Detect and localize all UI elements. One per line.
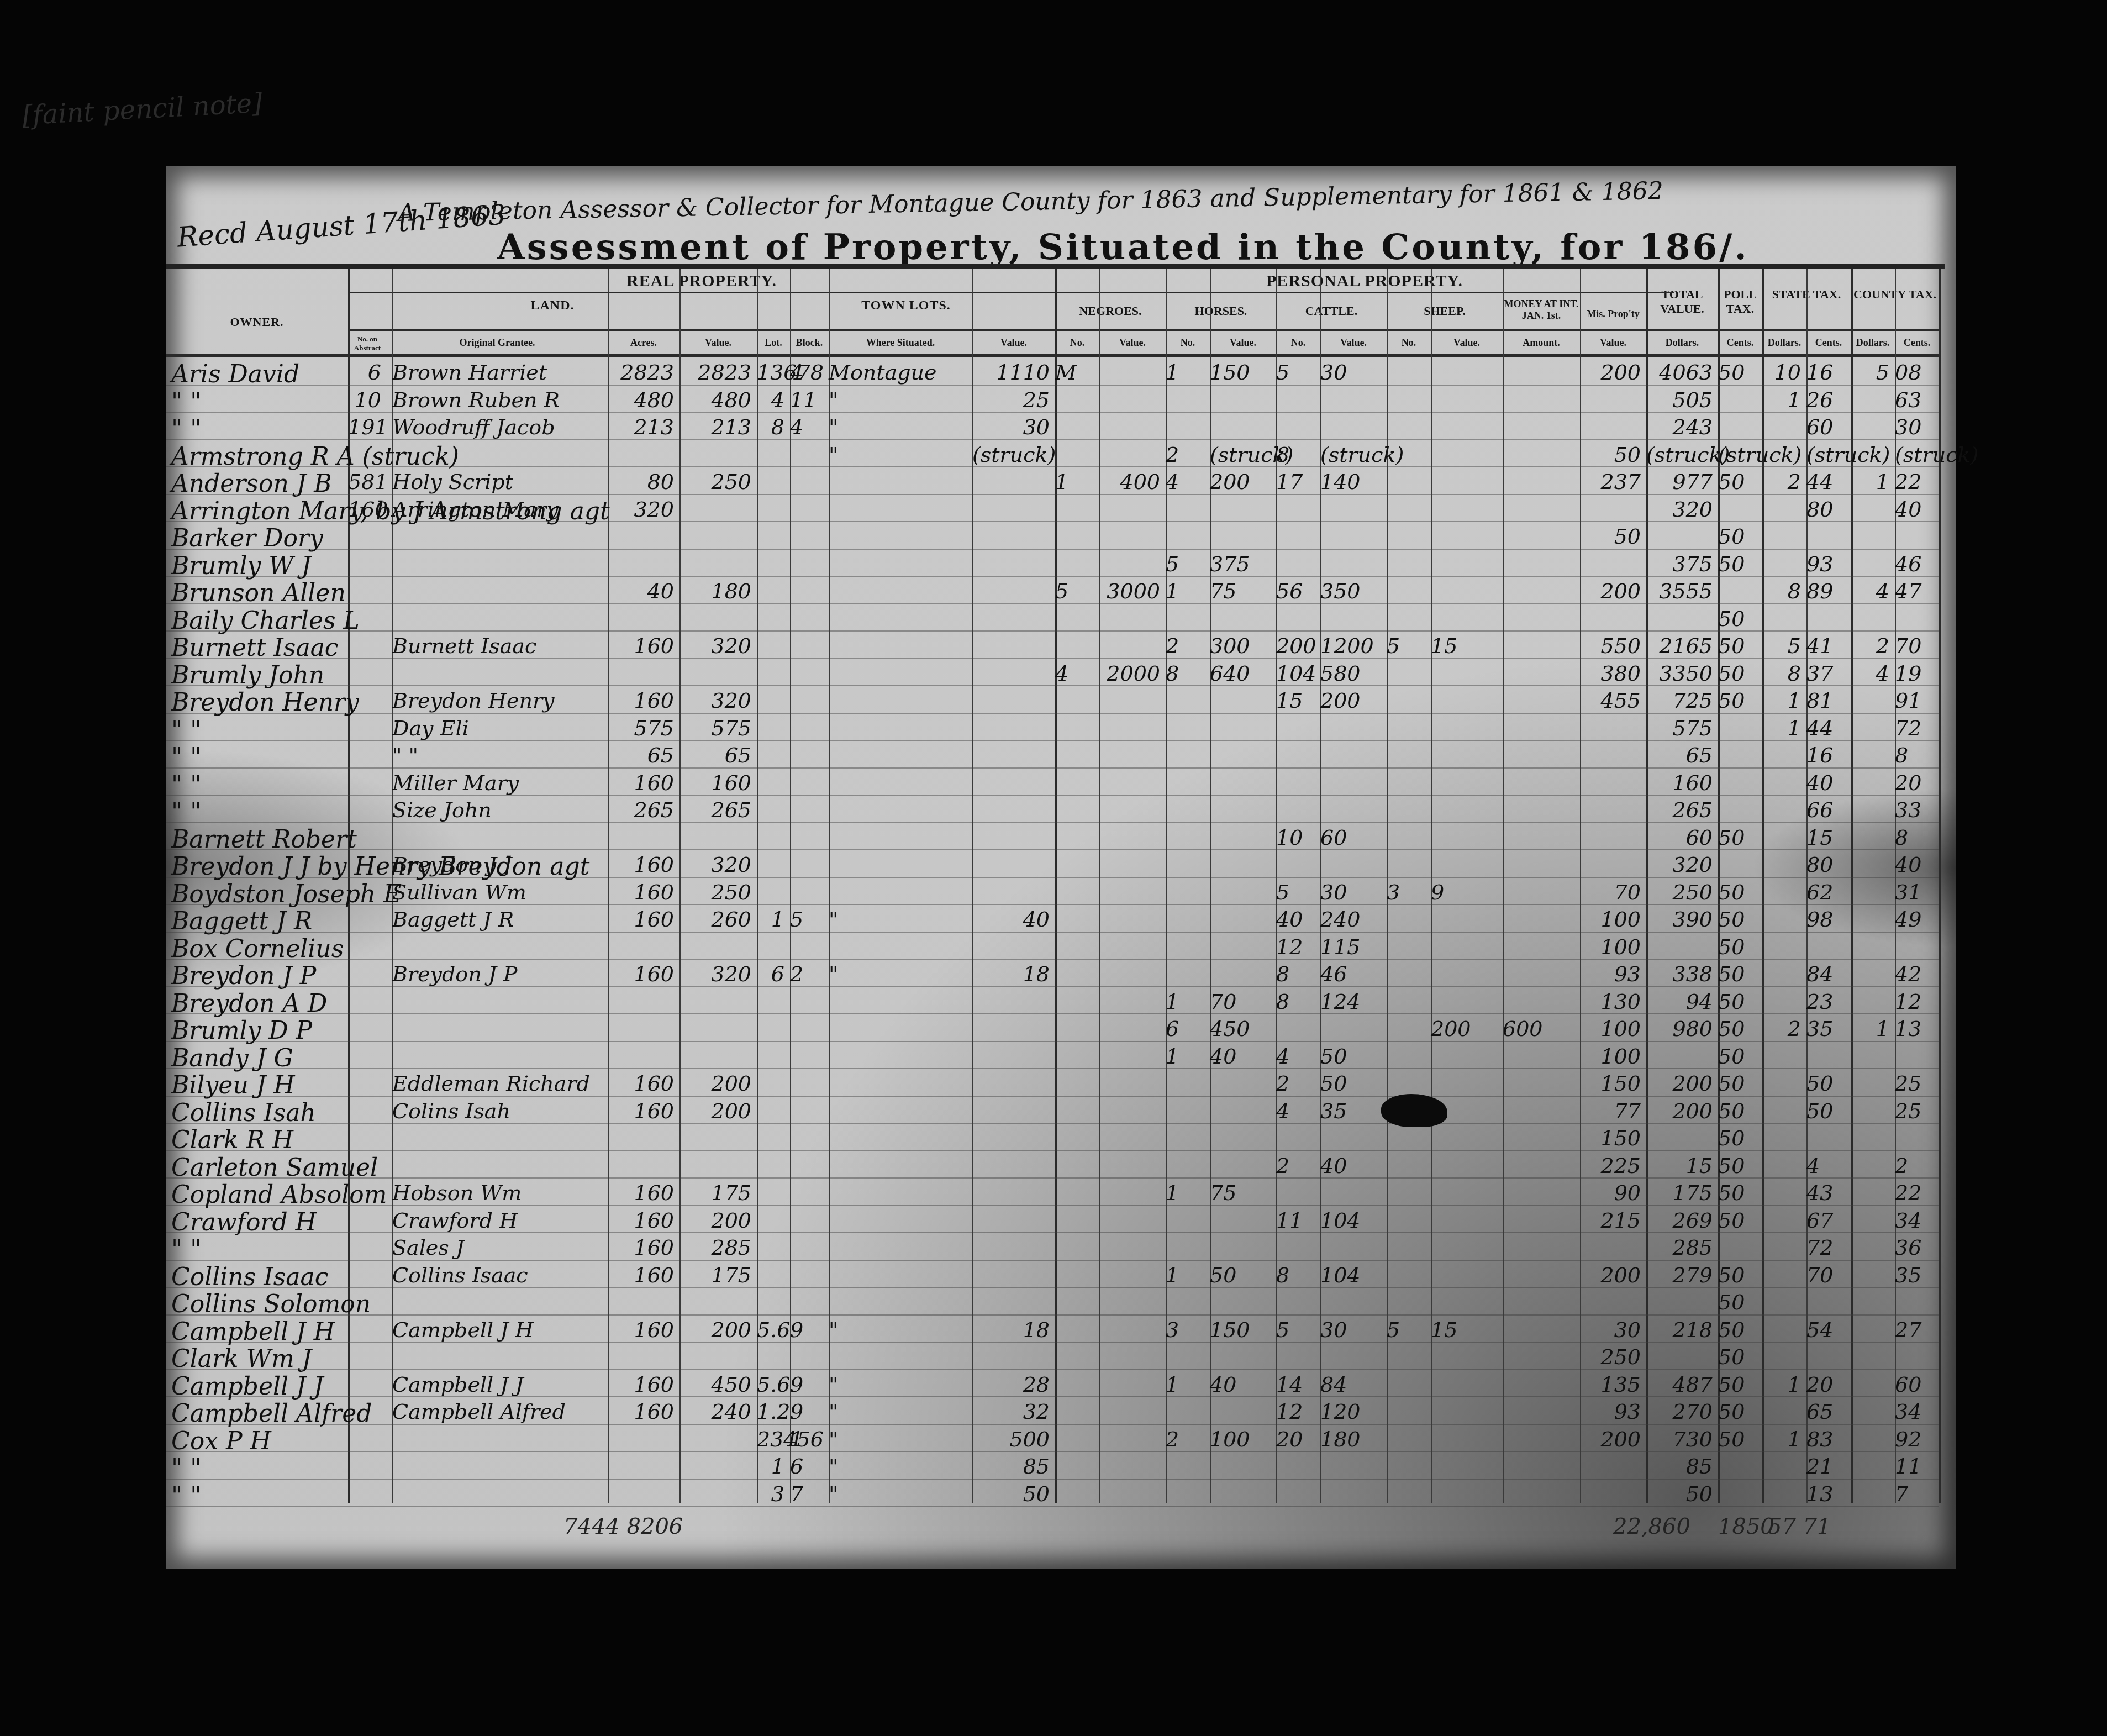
cell-block: 7 [790,1482,823,1506]
cell-misc: 100 [1580,1017,1641,1041]
cell-owner: " " [171,798,343,826]
cell-st-d: 1 [1762,1427,1801,1451]
header-county-cents: Cents. [1895,337,1939,349]
cell-poll: 50 [1718,1017,1757,1041]
cell-hor-no: 1 [1166,1044,1204,1069]
cell-lot-value: 18 [972,962,1050,986]
cell-acres: 160 [608,962,674,986]
cell-acres: 160 [608,634,674,658]
cell-poll: 50 [1718,552,1757,576]
cell-lot: 6 [757,962,784,986]
header-lot-value: Value. [972,337,1055,349]
header-shp-no: No. [1387,337,1431,349]
cell-owner: Armstrong R A (struck) [171,443,343,471]
cell-co-d: 1 [1851,470,1889,494]
cell-land-value: 320 [679,853,751,877]
cell-lot-value: 500 [972,1427,1050,1451]
header-hor-no: No. [1166,337,1210,349]
cell-lot-value: 85 [972,1454,1050,1479]
cell-land-value: 240 [679,1400,751,1424]
cell-cat-no: 4 [1276,1044,1315,1069]
cell-acres: 160 [608,907,674,932]
cell-lot-value: 1110 [972,360,1050,385]
cell-owner: Breydon A D [171,990,343,1018]
cell-total: 60 [1646,825,1713,850]
header-misc-value: Value. [1580,337,1646,349]
cell-poll: (struck) [1718,443,1757,467]
cell-hor-value: 300 [1210,634,1271,658]
cell-cat-no: 2 [1276,1154,1315,1178]
cell-acres: 40 [608,579,674,603]
cell-land-value: 265 [679,798,751,822]
cell-land-value: 250 [679,470,751,494]
header-state-cents: Cents. [1806,337,1851,349]
cell-co-c: 7 [1895,1482,1934,1506]
cell-owner: Arrington Mary, by J Armstrong agt [171,497,343,525]
cell-lot: 4 [757,388,784,412]
cell-where: Montague [829,360,967,385]
header-where: Where Situated. [829,337,972,349]
cell-hor-value: 70 [1210,990,1271,1014]
cell-lot-value: 18 [972,1318,1050,1342]
cell-hor-no: 8 [1166,661,1204,686]
header-block: Block. [790,337,829,349]
cell-cat-value: 30 [1320,1318,1381,1342]
cell-total: 487 [1646,1372,1713,1397]
cell-owner: Clark Wm J [171,1345,343,1373]
cell-cat-no: 200 [1276,634,1315,658]
cell-misc: 130 [1580,990,1641,1014]
cell-total: 200 [1646,1071,1713,1096]
cell-grantee: Baggett J R [392,907,602,932]
cell-owner: Box Cornelius [171,935,343,963]
received-date: Recd August 17th 1863 [176,198,507,253]
cell-poll: 50 [1718,880,1757,904]
cell-cat-value: 580 [1320,661,1381,686]
header-land-value: Value. [679,337,757,349]
cell-grantee: Brown Ruben R [392,388,602,412]
cell-hor-value: 40 [1210,1044,1271,1069]
cell-co-d: 2 [1851,634,1889,658]
cell-grantee: Miller Mary [392,771,602,795]
header-poll-cents: Cents. [1718,337,1762,349]
cell-neg-no: 4 [1055,661,1094,686]
cell-cat-value: 84 [1320,1372,1381,1397]
cell-st-c: (struck) [1806,443,1845,467]
cell-land-value: 320 [679,962,751,986]
cell-where: " [829,1400,967,1424]
cell-co-d: 5 [1851,360,1889,385]
row-rule [166,1369,1939,1370]
cell-acres: 160 [608,1263,674,1287]
cell-poll: 50 [1718,962,1757,986]
header-neg-no: No. [1055,337,1099,349]
row-rule [166,549,1939,550]
cell-cat-value: 30 [1320,360,1381,385]
header-negroes: NEGROES. [1055,304,1166,318]
cell-owner: Brumly W J [171,552,343,580]
cell-co-c: 25 [1895,1071,1934,1096]
cell-owner: " " [171,415,343,443]
cell-cat-no: 14 [1276,1372,1315,1397]
cell-co-c: 42 [1895,962,1934,986]
cell-neg-no: 5 [1055,579,1094,603]
cell-co-c: 27 [1895,1318,1934,1342]
cell-st-c: 37 [1806,661,1845,686]
page-title: Assessment of Property, Situated in the … [497,227,1749,268]
cell-grantee: Breydon Henry [392,688,602,713]
cell-total: 50 [1646,1482,1713,1506]
cell-owner: Collins Isah [171,1099,343,1127]
cell-poll: 50 [1718,1290,1757,1314]
header-state-dollars: Dollars. [1762,337,1806,349]
cell-st-c: 44 [1806,470,1845,494]
cell-acres: 213 [608,415,674,439]
cell-land-value: 450 [679,1372,751,1397]
cell-total: 200 [1646,1099,1713,1123]
cell-grantee: Breydon J P [392,962,602,986]
cell-misc: 50 [1580,524,1641,549]
cell-st-c: 84 [1806,962,1845,986]
cell-co-c: 31 [1895,880,1934,904]
cell-total: 3555 [1646,579,1713,603]
cell-owner: " " [171,771,343,799]
cell-misc: 200 [1580,579,1641,603]
cell-owner: Cox P H [171,1427,343,1455]
cell-block: 9 [790,1318,823,1342]
cell-grantee: Breydon J J [392,853,602,877]
cell-owner: Clark R H [171,1126,343,1154]
cell-cat-no: 8 [1276,962,1315,986]
cell-cat-value: 40 [1320,1154,1381,1178]
cell-cat-value: 140 [1320,470,1381,494]
cell-total: 285 [1646,1235,1713,1260]
cell-poll: 50 [1718,1154,1757,1178]
cell-block: 1 [790,1427,823,1451]
cell-lot: 1 [757,907,784,932]
cell-land-value: 250 [679,880,751,904]
header-owner: OWNER. [166,315,348,329]
cell-hor-no: 2 [1166,634,1204,658]
cell-owner: Barker Dory [171,524,343,553]
cell-co-c: 63 [1895,388,1934,412]
cell-cat-no: 104 [1276,661,1315,686]
cell-poll: 50 [1718,1345,1757,1369]
cell-st-d: 2 [1762,1017,1801,1041]
cell-cat-value: 104 [1320,1208,1381,1233]
cell-total: (struck) [1646,443,1713,467]
cell-misc: 150 [1580,1126,1641,1150]
totals-poll: 1850 [1718,1514,1774,1539]
header-cat-no: No. [1276,337,1320,349]
cell-hor-no: 1 [1166,990,1204,1014]
cell-block: 2 [790,962,823,986]
cell-poll: 50 [1718,1372,1757,1397]
cell-co-c: 34 [1895,1400,1934,1424]
cell-cat-value: 50 [1320,1044,1381,1069]
cell-total: 980 [1646,1017,1713,1041]
cell-cat-no: 20 [1276,1427,1315,1451]
cell-lot-value: 40 [972,907,1050,932]
cell-total: 730 [1646,1427,1713,1451]
cell-grantee: Sales J [392,1235,602,1260]
cell-land-value: 180 [679,579,751,603]
cell-st-c: 80 [1806,853,1845,877]
cell-neg-no: M [1055,360,1094,385]
cell-total: 270 [1646,1400,1713,1424]
cell-poll: 50 [1718,634,1757,658]
header-county-dollars: Dollars. [1851,337,1895,349]
totals-land: 7444 8206 [563,1514,683,1539]
cell-cat-no: 56 [1276,579,1315,603]
cell-hor-value: 75 [1210,1181,1271,1205]
cell-shp-no: 3 [1387,880,1425,904]
cell-acres: 265 [608,798,674,822]
cell-acres: 160 [608,1235,674,1260]
cell-co-c: 33 [1895,798,1934,822]
cell-abstract: 191 [348,415,381,439]
cell-misc: 77 [1580,1099,1641,1123]
cell-lot-value: (struck) [972,443,1050,467]
cell-lot: 1 [757,1454,784,1479]
cell-cat-no: 12 [1276,935,1315,959]
cell-where: " [829,1318,967,1342]
cell-st-c: 67 [1806,1208,1845,1233]
cell-land-value: 575 [679,716,751,740]
cell-total: 725 [1646,688,1713,713]
cell-st-c: 72 [1806,1235,1845,1260]
cell-misc: 150 [1580,1071,1641,1096]
cell-lot: 13678 [757,360,784,385]
cell-acres: 160 [608,880,674,904]
cell-poll: 50 [1718,1400,1757,1424]
cell-poll: 50 [1718,470,1757,494]
cell-poll: 50 [1718,1099,1757,1123]
cell-hor-no: 1 [1166,579,1204,603]
cell-total: 2165 [1646,634,1713,658]
cell-cat-no: 5 [1276,360,1315,385]
cell-grantee: Holy Script [392,470,602,494]
cell-lot: 3 [757,1482,784,1506]
cell-st-c: 40 [1806,771,1845,795]
cell-misc: 100 [1580,1044,1641,1069]
cell-cat-no: 12 [1276,1400,1315,1424]
cell-owner: Collins Solomon [171,1290,343,1318]
cell-owner: Brunson Allen [171,579,343,607]
cell-co-c: 72 [1895,716,1934,740]
cell-co-c: 13 [1895,1017,1934,1041]
cell-co-c: 34 [1895,1208,1934,1233]
cell-poll: 50 [1718,661,1757,686]
cell-co-c: 60 [1895,1372,1934,1397]
header-rule [348,292,1674,293]
cell-block: 9 [790,1400,823,1424]
header-lot: Lot. [757,337,790,349]
cell-total: 175 [1646,1181,1713,1205]
cell-poll: 50 [1718,1427,1757,1451]
header-real-property: REAL PROPERTY. [348,272,1055,291]
cell-where: " [829,1427,967,1451]
cell-land-value: 320 [679,688,751,713]
cell-misc: 225 [1580,1154,1641,1178]
cell-cat-value: 240 [1320,907,1381,932]
cell-block: 9 [790,1372,823,1397]
cell-poll: 50 [1718,1318,1757,1342]
cell-where: " [829,388,967,412]
row-rule [166,1314,1939,1316]
cell-acres: 160 [608,1372,674,1397]
cell-acres: 160 [608,1318,674,1342]
header-rule [166,354,1939,357]
cell-hor-no: 1 [1166,1181,1204,1205]
cell-st-c: 35 [1806,1017,1845,1041]
cell-cat-no: 8 [1276,990,1315,1014]
header-sheep: SHEEP. [1387,304,1503,318]
cell-hor-no: 2 [1166,443,1204,467]
cell-total: 160 [1646,771,1713,795]
cell-misc: 50 [1580,443,1641,467]
cell-st-d: 1 [1762,716,1801,740]
cell-acres: 320 [608,497,674,522]
cell-cat-value: 350 [1320,579,1381,603]
cell-co-c: 91 [1895,688,1934,713]
cell-where: " [829,962,967,986]
cell-grantee: Size John [392,798,602,822]
cell-hor-value: 450 [1210,1017,1271,1041]
cell-lot-value: 32 [972,1400,1050,1424]
cell-st-c: 62 [1806,880,1845,904]
cell-misc: 455 [1580,688,1641,713]
cell-st-c: 81 [1806,688,1845,713]
cell-st-d: 10 [1762,360,1801,385]
cell-co-c: 30 [1895,415,1934,439]
cell-lot: 8 [757,415,784,439]
cell-misc: 93 [1580,962,1641,986]
cell-cat-value: 120 [1320,1400,1381,1424]
cell-hor-value: 40 [1210,1372,1271,1397]
cell-cat-value: (struck) [1320,443,1381,467]
cell-cat-no: 15 [1276,688,1315,713]
cell-cat-value: 35 [1320,1099,1381,1123]
row-rule [166,630,1939,632]
cell-total: 575 [1646,716,1713,740]
cell-hor-value: 640 [1210,661,1271,686]
cell-total: 390 [1646,907,1713,932]
cell-co-c: 40 [1895,853,1934,877]
cell-total: 279 [1646,1263,1713,1287]
cell-misc: 215 [1580,1208,1641,1233]
cell-cat-value: 30 [1320,880,1381,904]
cell-hor-value: 200 [1210,470,1271,494]
cell-poll: 50 [1718,990,1757,1014]
cell-cat-value: 180 [1320,1427,1381,1451]
cell-grantee: Day Eli [392,716,602,740]
cell-owner: Aris David [171,360,343,388]
cell-shp-value: 15 [1431,1318,1497,1342]
cell-total: 65 [1646,743,1713,767]
cell-land-value: 175 [679,1263,751,1287]
cell-owner: Burnett Isaac [171,634,343,662]
cell-cat-value: 115 [1320,935,1381,959]
cell-block: 5 [790,907,823,932]
cell-misc: 70 [1580,880,1641,904]
header-shp-value: Value. [1431,337,1503,349]
cell-co-c: (struck) [1895,443,1934,467]
cell-owner: Collins Isaac [171,1263,343,1291]
cell-land-value: 200 [679,1208,751,1233]
cell-misc: 380 [1580,661,1641,686]
cell-hor-value: 75 [1210,579,1271,603]
cell-shp-value: 9 [1431,880,1497,904]
cell-where: " [829,415,967,439]
cell-co-d: 1 [1851,1017,1889,1041]
cell-st-c: 43 [1806,1181,1845,1205]
cell-land-value: 175 [679,1181,751,1205]
cell-hor-no: 3 [1166,1318,1204,1342]
cell-co-c: 08 [1895,360,1934,385]
cell-shp-no: 5 [1387,634,1425,658]
cell-st-c: 89 [1806,579,1845,603]
cell-shp-no: 5 [1387,1318,1425,1342]
cell-misc: 90 [1580,1181,1641,1205]
cell-co-c: 8 [1895,825,1934,850]
cell-st-c: 23 [1806,990,1845,1014]
cell-owner: " " [171,1235,343,1264]
cell-st-d: 1 [1762,388,1801,412]
cell-land-value: 160 [679,771,751,795]
cell-hor-value: 375 [1210,552,1271,576]
cell-co-c: 11 [1895,1454,1934,1479]
cell-total: 320 [1646,853,1713,877]
cell-land-value: 480 [679,388,751,412]
cell-hor-value: 100 [1210,1427,1271,1451]
cell-misc: 250 [1580,1345,1641,1369]
cell-cat-no: 40 [1276,907,1315,932]
cell-hor-value: (struck) [1210,443,1271,467]
cell-co-c: 8 [1895,743,1934,767]
cell-neg-value: 3000 [1099,579,1160,603]
cell-owner: Copland Absolom [171,1181,343,1209]
cell-owner: Brumly John [171,661,343,690]
cell-owner: Bilyeu J H [171,1071,343,1100]
cell-acres: 160 [608,1208,674,1233]
cell-hor-no: 1 [1166,1263,1204,1287]
cell-owner: Anderson J B [171,470,343,498]
cell-land-value: 65 [679,743,751,767]
header-horses: HORSES. [1166,304,1276,318]
cell-co-c: 36 [1895,1235,1934,1260]
ink-blot [1381,1094,1447,1127]
cell-owner: Breydon J P [171,962,343,990]
header-acres: Acres. [608,337,679,349]
cell-hor-no: 5 [1166,552,1204,576]
row-rule [166,1068,1939,1069]
cell-st-c: 15 [1806,825,1845,850]
cell-where: " [829,1482,967,1506]
cell-st-d: 2 [1762,470,1801,494]
cell-cat-no: 8 [1276,1263,1315,1287]
cell-land-value: 320 [679,634,751,658]
cell-grantee: Collins Isaac [392,1263,602,1287]
cell-total: 4063 [1646,360,1713,385]
cell-cat-value: 50 [1320,1071,1381,1096]
cell-cat-no: 5 [1276,1318,1315,1342]
cell-acres: 160 [608,1400,674,1424]
cell-owner: Campbell Alfred [171,1400,343,1428]
header-grantee: Original Grantee. [387,337,608,349]
cell-poll: 50 [1718,825,1757,850]
cell-total: 94 [1646,990,1713,1014]
